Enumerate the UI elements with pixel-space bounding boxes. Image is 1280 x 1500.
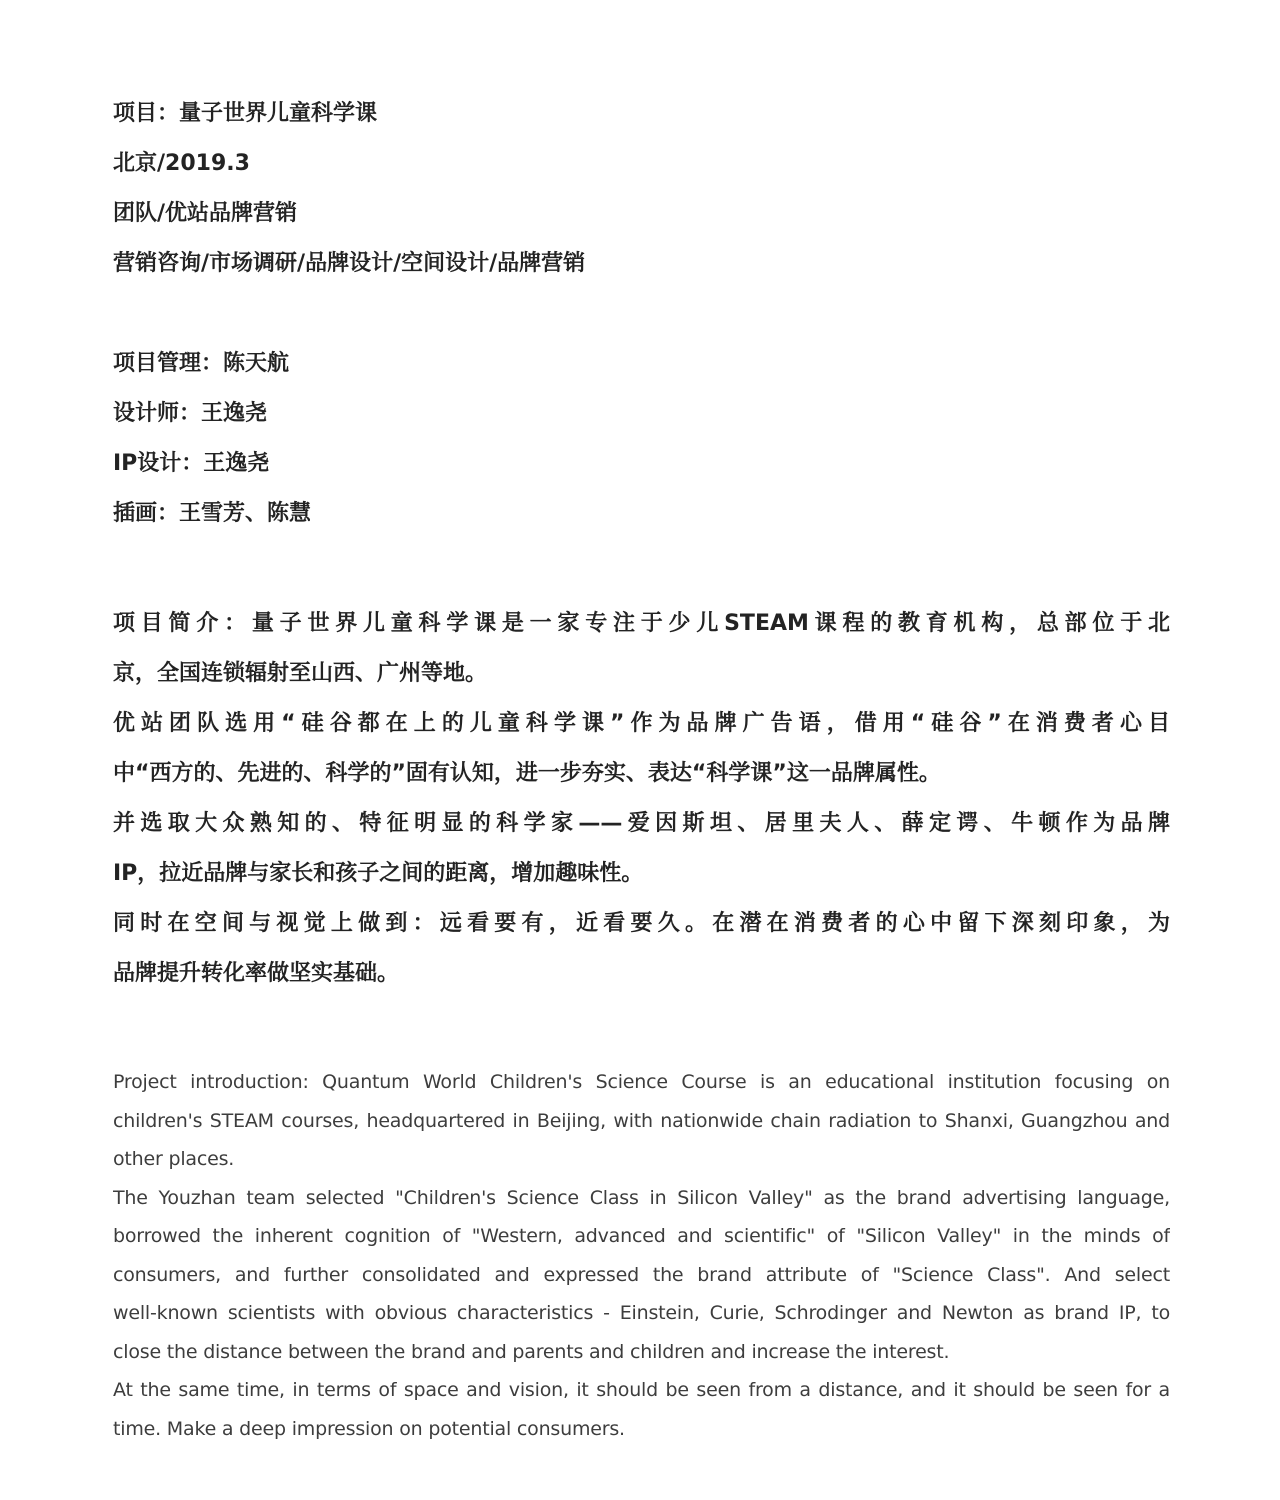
text-line: close the distance between the brand and… — [113, 1333, 1170, 1372]
text-line: 项目管理：陈天航 — [113, 339, 1170, 389]
text-line: IP设计：王逸尧 — [113, 439, 1170, 489]
text-line: well-known scientists with obvious chara… — [113, 1294, 1170, 1333]
text-line: 中“西方的、先进的、科学的”固有认知，进一步夯实、表达“科学课”这一品牌属性。 — [113, 749, 1170, 799]
text-line: children's STEAM courses, headquartered … — [113, 1102, 1170, 1141]
text-line: Project introduction: Quantum World Chil… — [113, 1063, 1170, 1102]
text-line: 团队/优站品牌营销 — [113, 189, 1170, 239]
text-line: 插画：王雪芳、陈慧 — [113, 489, 1170, 539]
text-line: 优站团队选用“硅谷都在上的儿童科学课”作为品牌广告语，借用“硅谷”在消费者心目 — [113, 699, 1170, 749]
text-line: 京，全国连锁辐射至山西、广州等地。 — [113, 649, 1170, 699]
text-line: 设计师：王逸尧 — [113, 389, 1170, 439]
text-line: IP，拉近品牌与家长和孩子之间的距离，增加趣味性。 — [113, 849, 1170, 899]
text-line: borrowed the inherent cognition of "West… — [113, 1217, 1170, 1256]
text-line: other places. — [113, 1140, 1170, 1179]
project-header-block: 项目：量子世界儿童科学课北京/2019.3团队/优站品牌营销营销咨询/市场调研/… — [113, 89, 1170, 289]
text-line: 营销咨询/市场调研/品牌设计/空间设计/品牌营销 — [113, 239, 1170, 289]
text-line: time. Make a deep impression on potentia… — [113, 1410, 1170, 1449]
text-line: The Youzhan team selected "Children's Sc… — [113, 1179, 1170, 1218]
text-line: 品牌提升转化率做坚实基础。 — [113, 949, 1170, 999]
text-line: consumers, and further consolidated and … — [113, 1256, 1170, 1295]
text-line: 并选取大众熟知的、特征明显的科学家——爱因斯坦、居里夫人、薛定谔、牛顿作为品牌 — [113, 799, 1170, 849]
project-intro-chinese: 项目简介：量子世界儿童科学课是一家专注于少儿STEAM课程的教育机构，总部位于北… — [113, 599, 1170, 999]
text-line: At the same time, in terms of space and … — [113, 1371, 1170, 1410]
text-line: 项目简介：量子世界儿童科学课是一家专注于少儿STEAM课程的教育机构，总部位于北 — [113, 599, 1170, 649]
document-page: { "page": { "background": "#ffffff", "zh… — [0, 0, 1280, 1500]
text-line: 项目：量子世界儿童科学课 — [113, 89, 1170, 139]
text-line: 北京/2019.3 — [113, 139, 1170, 189]
text-line: 同时在空间与视觉上做到：远看要有，近看要久。在潜在消费者的心中留下深刻印象，为 — [113, 899, 1170, 949]
project-intro-english: Project introduction: Quantum World Chil… — [113, 1063, 1170, 1448]
team-credits-block: 项目管理：陈天航设计师：王逸尧IP设计：王逸尧插画：王雪芳、陈慧 — [113, 339, 1170, 539]
